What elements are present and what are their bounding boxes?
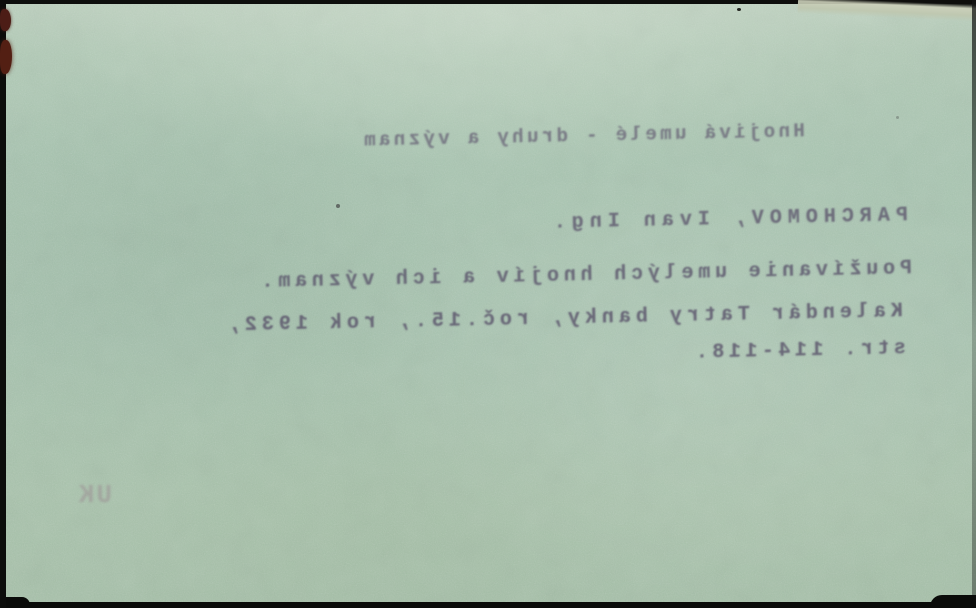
scan-edge-left bbox=[0, 0, 6, 608]
bleedthrough-line-source: Kalendár Tatry banky, roč.15., rok 1932, bbox=[223, 300, 903, 337]
bleedthrough-line-subject: Hnojivá umelé - druhy a význam bbox=[361, 120, 805, 151]
bleedthrough-line-pages: str. 114-118. bbox=[691, 337, 906, 364]
scanned-card-image: Hnojivá umelé - druhy a význam PARCHOMOV… bbox=[0, 0, 976, 608]
bleedthrough-line-author: PARCHOMOV, Ivan Ing. bbox=[548, 204, 908, 235]
scan-edge-bottom bbox=[0, 602, 976, 608]
dust-speck bbox=[737, 8, 741, 11]
dust-speck bbox=[896, 116, 899, 119]
bleedthrough-line-title: Používanie umelých hnojív a ich význam. bbox=[257, 257, 913, 294]
scan-corner-bottom-right bbox=[930, 595, 976, 608]
mirrored-bleedthrough-text: Hnojivá umelé - druhy a význam PARCHOMOV… bbox=[0, 0, 976, 608]
library-stamp: UK bbox=[77, 480, 112, 510]
dust-speck bbox=[336, 204, 340, 208]
scan-edge-right bbox=[972, 0, 976, 608]
